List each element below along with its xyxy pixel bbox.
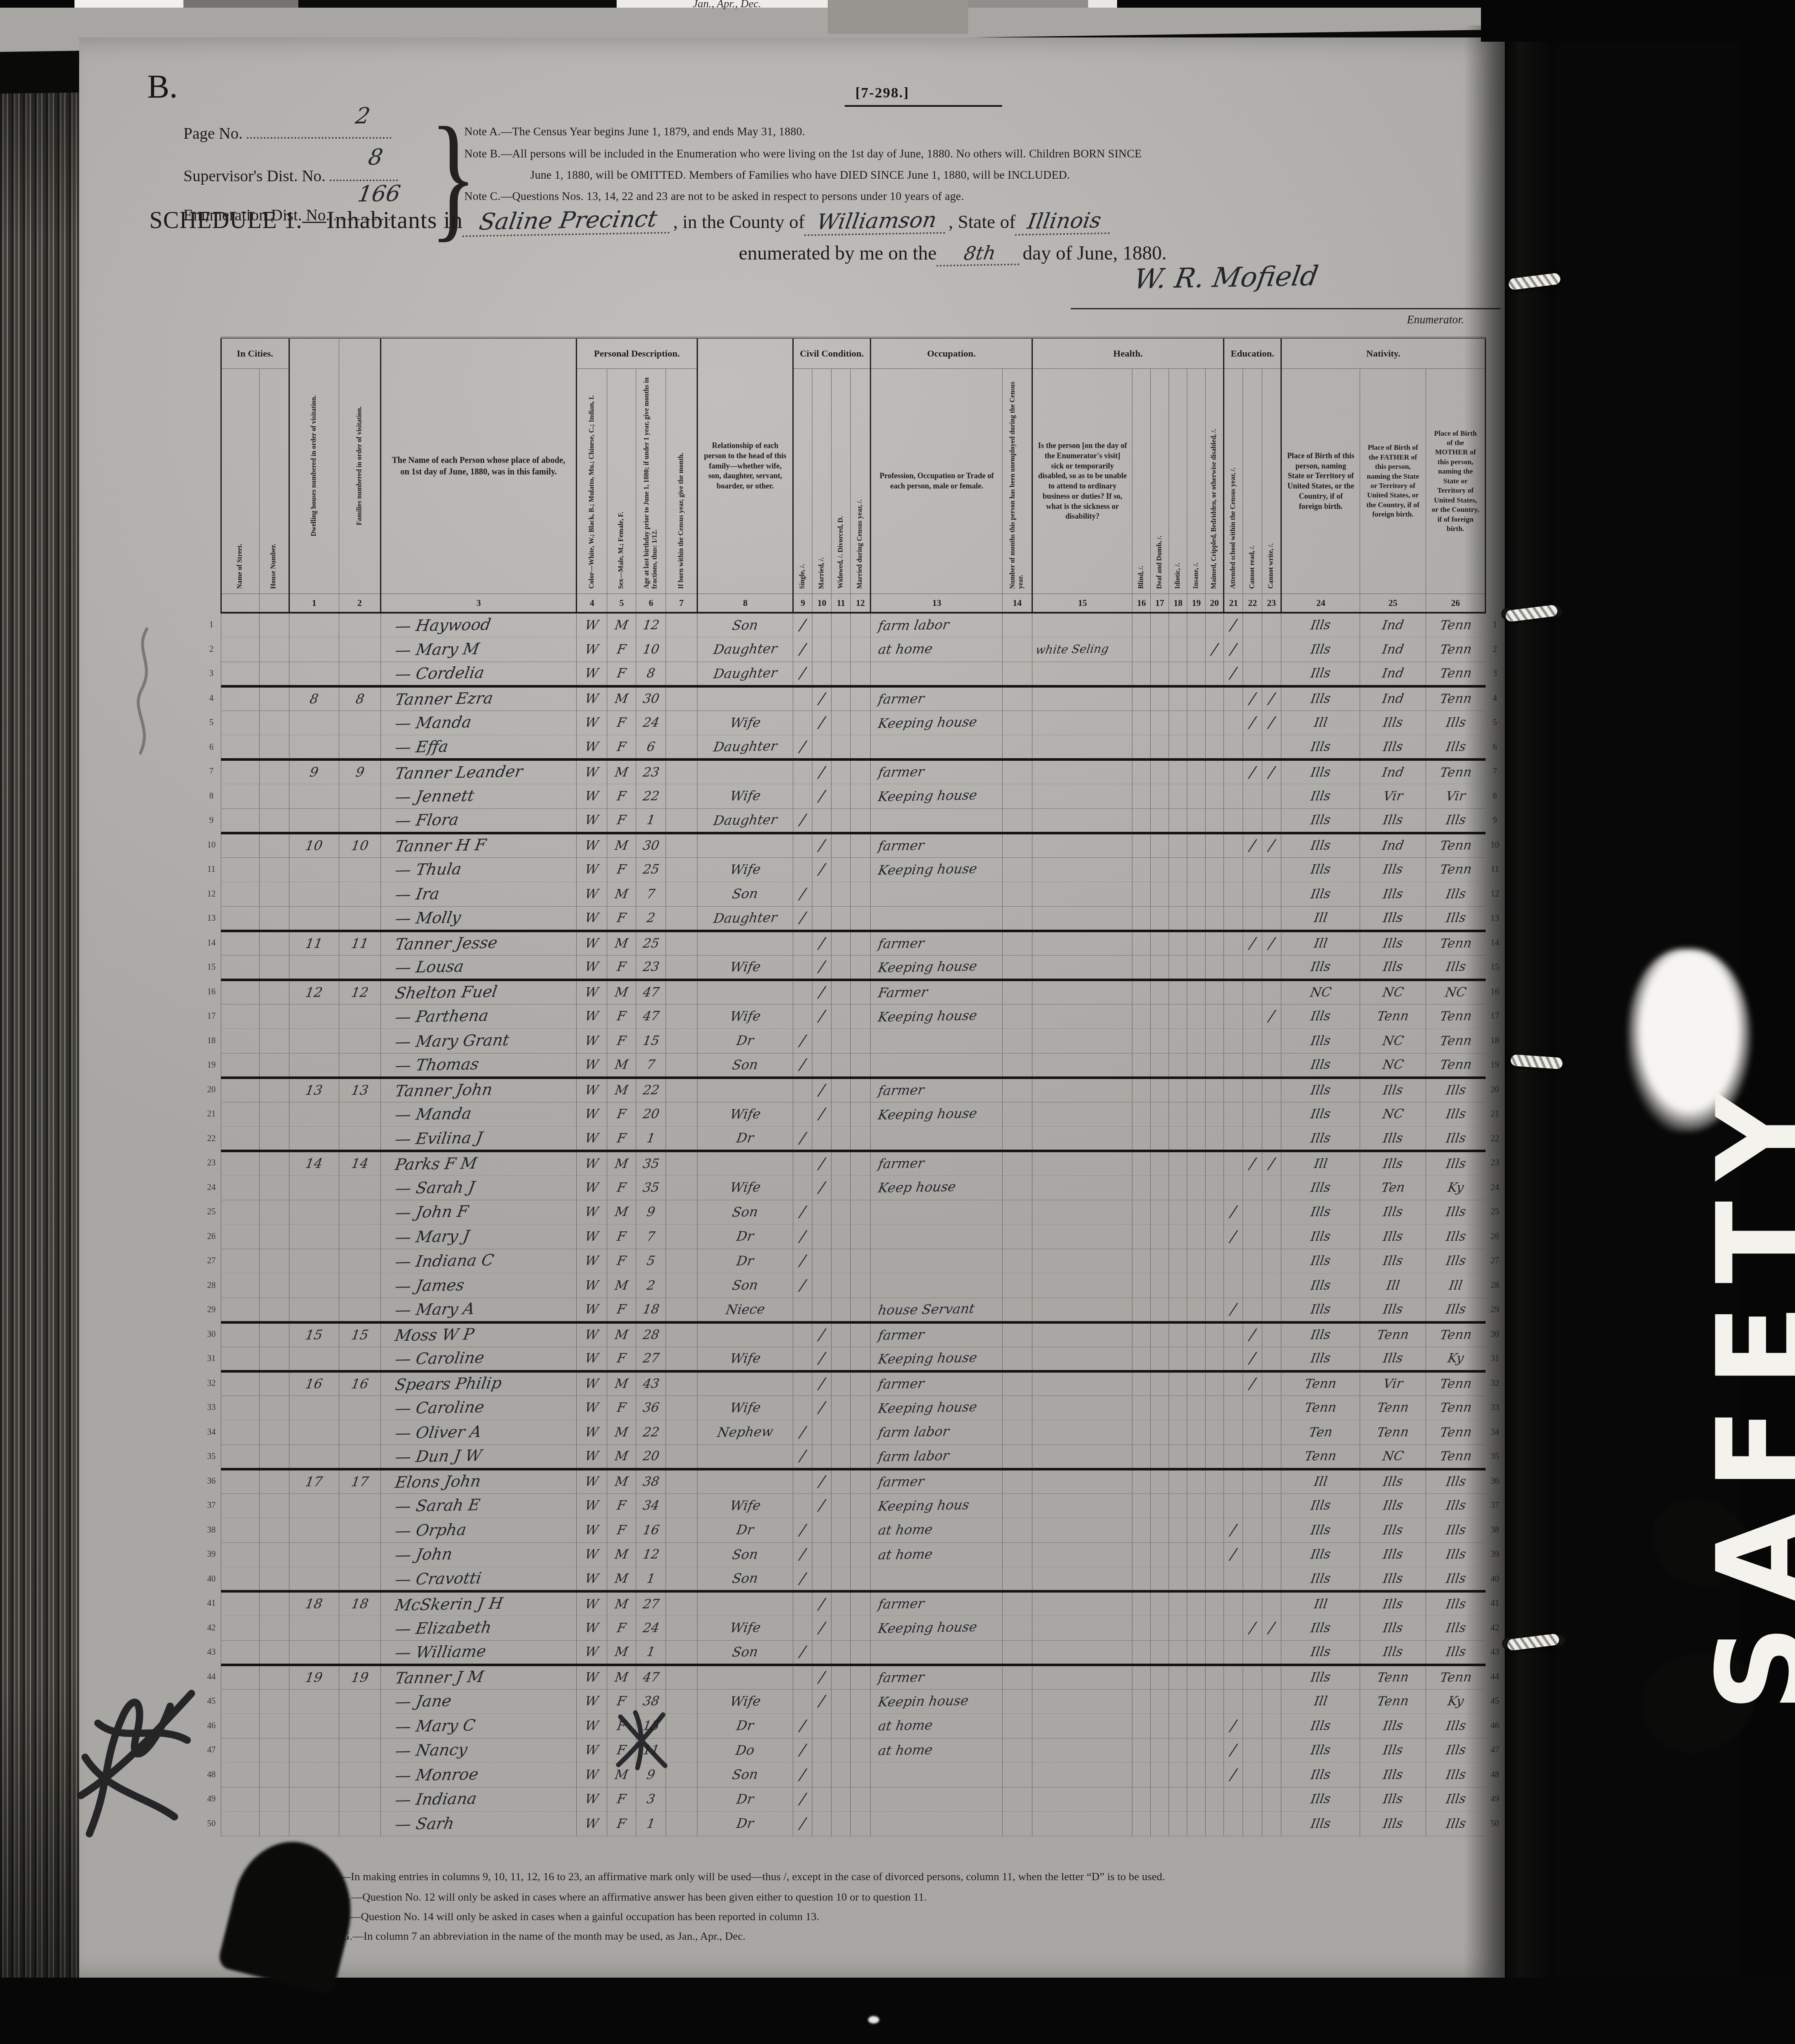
row-number-text: 11 [207,865,215,874]
cell [339,1127,380,1151]
cell [851,833,871,858]
note-b1: Note B.—All persons will be included in … [464,147,1503,160]
cell: Ills [1281,784,1360,809]
cell-sickness [1032,1763,1132,1787]
cell [1262,1200,1281,1225]
handwritten-entry: Ind [1381,691,1405,707]
cell [1262,955,1281,980]
row-number: 45 [202,1689,221,1714]
row-number-text: 38 [207,1525,216,1535]
handwritten-entry: 7 [646,1057,656,1072]
cell [259,833,289,858]
handwritten-entry: W [584,813,599,828]
cell: Son [697,1763,793,1787]
handwritten-entry: Tenn [1303,1376,1338,1391]
person-row: 201313Tanner JohnWM22/farmerIllsIllsIlls… [202,1078,1504,1102]
col-single: Single, /. [793,369,812,594]
person-row: 9— FloraWF1Daughter/IllsIllsIlls9 [202,808,1504,833]
cell: 27 [636,1591,666,1616]
cell [1187,1053,1206,1078]
cell [1003,1176,1032,1200]
cell-occupation: farmer [871,833,1003,858]
cell [666,882,697,907]
handwritten-entry: Dr [735,1229,755,1245]
cell [1262,1053,1281,1078]
person-row: 25— John FWM9Son//IllsIllsIlls25 [202,1200,1504,1225]
cell [1169,1689,1187,1714]
cell [851,808,871,833]
cell [1003,613,1032,637]
cell: Son [697,1640,793,1665]
row-number-text: 32 [207,1379,216,1388]
handwritten-entry: Tenn [1303,1448,1338,1464]
handwritten-entry: M [614,765,629,780]
handwritten-entry: — Jennett [394,786,475,806]
cell: / [1224,1763,1243,1787]
handwritten-entry: 9 [354,765,366,780]
handwritten-entry: / [1229,617,1238,634]
cell [832,955,851,980]
handwritten-entry: farmer [877,1376,925,1392]
cell [1003,1029,1032,1053]
cell: Wife [697,1616,793,1641]
cell: 12 [289,980,339,1005]
row-number: 34 [202,1420,221,1445]
cell-name: — Thula [381,857,577,882]
person-row: 15— LousaWF23Wife/Keeping houseIllsIllsI… [202,955,1504,980]
cell: / [1224,1542,1243,1567]
row-number-text: 27 [207,1256,216,1265]
cell [1206,833,1224,858]
cell: 30 [636,833,666,858]
cell [1003,1542,1032,1567]
handwritten-entry: — Nancy [394,1741,469,1760]
col-insane: Insane, /. [1187,369,1206,594]
cell: NC [1281,980,1360,1005]
cell: Ills [1281,833,1360,858]
footer-note-e: Note E.—Question No. 12 will only be ask… [317,1891,1509,1904]
cell [259,1738,289,1763]
handwritten-entry: Ills [1309,788,1332,804]
cell: / [812,1176,832,1200]
row-number: 47 [202,1738,221,1763]
cell: Ills [1360,931,1426,956]
cell: / [812,1078,832,1102]
person-row: 19— ThomasWM7Son/IllsNCTenn19 [202,1053,1504,1078]
cell [1187,1714,1206,1739]
cell: F [607,955,636,980]
cell [1132,686,1151,711]
cell [1224,1616,1243,1641]
cell [1206,808,1224,833]
cell [221,1812,259,1836]
cell [812,1273,832,1298]
cell-sickness [1032,1249,1132,1273]
cell [1132,1567,1151,1592]
cell: Daughter [697,906,793,931]
cell [1003,1225,1032,1249]
cell [1187,1787,1206,1812]
cell [221,1518,259,1543]
cell-name: — Manda [381,711,577,735]
handwritten-entry: — Dun J W [394,1446,483,1466]
cell [289,1029,339,1053]
cell: Ills [1360,711,1426,735]
handwritten-entry: / [818,958,826,976]
handwritten-entry: 12 [304,985,323,1000]
cell [1206,1738,1224,1763]
cell [1224,1493,1243,1518]
handwritten-entry: — Parthena [394,1006,490,1026]
cell [1224,1102,1243,1127]
handwritten-entry: 2 [646,1278,656,1293]
handwritten-entry: Ill [1313,1156,1329,1171]
cell: Son [697,1542,793,1567]
handwritten-entry: farmer [877,1156,925,1172]
row-number: 7 [202,759,221,784]
cell: W [577,1738,607,1763]
handwritten-entry: W [584,1083,599,1098]
cell-name: Tanner Jesse [381,931,577,956]
row-number-text: 35 [207,1452,216,1461]
handwritten-entry: Ills [1382,1718,1404,1733]
row-number-text: 48 [207,1770,216,1779]
cell [1169,833,1187,858]
cell [1169,1591,1187,1616]
cell [1243,662,1262,686]
cell: / [812,833,832,858]
handwritten-entry: Son [731,1570,759,1586]
row-number: 29 [202,1298,221,1322]
handwritten-entry: / [1268,763,1276,781]
handwritten-entry: Keeping house [877,861,978,878]
cell [1003,1469,1032,1494]
cell [259,1567,289,1592]
cell [1187,1151,1206,1176]
cell [666,1371,697,1396]
cell [1151,1665,1169,1690]
cell [1206,955,1224,980]
cell: W [577,808,607,833]
cell: Ills [1281,1102,1360,1127]
cell [1206,1591,1224,1616]
cell [259,1249,289,1273]
cell [832,1322,851,1347]
cell [1206,686,1224,711]
handwritten-entry: Ind [1381,838,1405,854]
cell [812,1714,832,1739]
cell: Ills [1281,1273,1360,1298]
cell [339,1763,380,1787]
handwritten-entry: M [614,1156,629,1171]
handwritten-entry: Ills [1382,1644,1404,1660]
cell [1224,808,1243,833]
cell [1206,1493,1224,1518]
cell-name: — John [381,1542,577,1567]
cell [1169,1249,1187,1273]
handwritten-entry: — Manda [394,713,473,733]
handwritten-entry: / [1249,690,1257,708]
cell [1206,1004,1224,1029]
cell: Ills [1281,1763,1360,1787]
cell [812,735,832,760]
cell: Ills [1281,1738,1360,1763]
cell: / [1262,931,1281,956]
cell [1224,1787,1243,1812]
corner-mark: B. [147,67,178,106]
cell [1262,1469,1281,1494]
handwritten-entry: NC [1381,985,1405,1000]
schedule-line: SCHEDULE 1.—Inhabitants in Saline Precin… [149,207,1112,235]
cell-occupation [871,1273,1003,1298]
cell: F [607,1127,636,1151]
handwritten-entry: F [616,862,627,877]
book-page-stack-edge [0,0,79,2044]
cell: Dr [697,1812,793,1836]
cell [1132,906,1151,931]
enumerated-prefix: enumerated by me on the [739,242,937,264]
row-number-text: 37 [207,1501,216,1510]
handwritten-entry: W [584,1130,599,1146]
handwritten-entry: 11 [304,936,323,951]
cell-occupation [871,1812,1003,1836]
cell: Ills [1360,857,1426,882]
previous-page-text-fragment: Jan., Apr., Dec. [693,0,761,10]
handwritten-entry: / [1229,665,1238,682]
handwritten-entry: W [584,1302,599,1317]
cell [1206,1445,1224,1469]
cell [1169,1225,1187,1249]
cell [1262,980,1281,1005]
cell: Daughter [697,637,793,662]
state-value: Illinois [1015,208,1114,236]
cell: Ills [1281,857,1360,882]
cell [1151,1322,1169,1347]
cell [1151,686,1169,711]
handwritten-entry: W [584,1498,599,1513]
cell [1003,1787,1032,1812]
microfilm-frame: Jan., Apr., Dec. [7-298.] B. Page No. 2 … [0,0,1795,2044]
cell [259,1176,289,1200]
cell [339,1518,380,1543]
cell: Ills [1360,1347,1426,1371]
cell [1262,906,1281,931]
handwritten-entry: Ills [1309,1057,1332,1073]
person-row: 2— Mary MWF10Daughter/at homewhite Selin… [202,637,1504,662]
handwritten-entry: Ills [1309,642,1332,657]
cell-occupation: Keeping house [871,1396,1003,1420]
row-number-text: 6 [209,742,214,752]
cell [1003,1812,1032,1836]
cell [1224,1322,1243,1347]
cell [1151,1273,1169,1298]
cell-sickness [1032,1151,1132,1176]
handwritten-entry: / [1229,641,1238,658]
cell-name: McSkerin J H [381,1591,577,1616]
handwritten-entry: M [614,1571,629,1586]
cell: 20 [636,1102,666,1127]
cell [1224,686,1243,711]
cell: Ills [1360,882,1426,907]
person-row: 301515Moss W PWM28/farmer/IllsTennTenn30 [202,1322,1504,1347]
handwritten-entry: Ills [1309,1205,1332,1220]
handwritten-entry: F [616,813,627,828]
handwritten-entry: farmer [877,936,925,952]
cell-name: — Molly [381,906,577,931]
cell [1187,1493,1206,1518]
cell: / [1206,637,1224,662]
handwritten-entry: W [584,1327,599,1343]
row-number-text: 40 [207,1574,216,1584]
cell [1151,1567,1169,1592]
cell: / [1243,1151,1262,1176]
census-page: B. Page No. 2 Supervisor's Dist. No. 8 E… [79,37,1505,1978]
cell [1132,1396,1151,1420]
handwritten-entry: Wife [729,1350,762,1366]
cell: / [1262,759,1281,784]
handwritten-entry: Ills [1382,1302,1404,1317]
row-number: 36 [202,1469,221,1494]
cell-sickness [1032,759,1132,784]
cell-occupation: Keeping house [871,857,1003,882]
row-number: 40 [202,1567,221,1592]
cell [1187,1812,1206,1836]
cell: Ills [1281,686,1360,711]
cell: 7 [636,882,666,907]
cell [666,1298,697,1322]
cell: / [1243,931,1262,956]
cell [289,1225,339,1249]
handwritten-entry: Ills [1382,959,1404,975]
cell [851,857,871,882]
cell-name: — Ira [381,882,577,907]
cell: 11 [289,931,339,956]
cell [1132,1225,1151,1249]
cell: 38 [636,1689,666,1714]
cell [1262,882,1281,907]
cell [832,1225,851,1249]
cell [259,1787,289,1812]
cell: Tenn [1360,1004,1426,1029]
handwritten-entry: Wife [729,1106,762,1122]
cell: Tenn [1360,1322,1426,1347]
handwritten-entry: 20 [642,1107,660,1122]
cell: Ills [1281,1200,1360,1225]
row-number-text: 13 [207,914,216,923]
handwritten-entry: F [616,1180,627,1195]
handwritten-entry: 24 [642,1620,660,1636]
handwritten-entry: Ind [1381,642,1405,657]
cell [1243,1176,1262,1200]
handwritten-entry: / [799,1815,807,1833]
cell [1169,1029,1187,1053]
cell: M [607,1542,636,1567]
cell [1151,955,1169,980]
person-row: 141111Tanner JesseWM25/farmer//IllIllsTe… [202,931,1504,956]
handwritten-entry: — Mary A [394,1299,476,1319]
person-row: 1— HaywoodWM12Son/farm labor/IllsIndTenn… [202,613,1504,637]
handwritten-entry: Ills [1309,1816,1332,1831]
cell: Wife [697,857,793,882]
cell [1262,1347,1281,1371]
cell: 23 [636,955,666,980]
cell-occupation [871,1567,1003,1592]
cell [832,1420,851,1445]
cell [793,1469,812,1494]
handwritten-entry: W [584,1449,599,1464]
handwritten-entry: / [799,885,807,903]
cell [1243,735,1262,760]
cell [1187,1518,1206,1543]
handwritten-entry: Ills [1309,1792,1332,1807]
col-families: Families numbered in order of visitation… [339,338,380,594]
handwritten-entry: 12 [350,985,369,1000]
cell [1132,1200,1151,1225]
cell [289,1714,339,1739]
cell [851,1053,871,1078]
row-number: 3 [202,662,221,686]
cell [221,1567,259,1592]
cell [221,1616,259,1641]
row-number: 13 [202,906,221,931]
cell [666,1640,697,1665]
cell-sickness [1032,784,1132,809]
handwritten-entry: F [616,1351,627,1366]
cell [1169,784,1187,809]
cell: W [577,759,607,784]
cell [1151,1518,1169,1543]
cell-name: — Effa [381,735,577,760]
cell [221,1542,259,1567]
cell [259,955,289,980]
cell [1132,955,1151,980]
handwritten-entry: — Mary J [394,1227,471,1246]
cell [221,1396,259,1420]
group-occupation: Occupation. [871,338,1032,369]
cell [793,1151,812,1176]
cell: / [793,882,812,907]
cell: / [793,1420,812,1445]
cell [1187,931,1206,956]
cell: W [577,1298,607,1322]
handwritten-entry: W [584,1351,599,1366]
handwritten-entry: Ills [1382,1571,1404,1586]
cell: Ills [1281,1493,1360,1518]
handwritten-entry: W [584,1400,599,1416]
handwritten-entry: Ills [1382,1620,1404,1636]
cell [221,759,259,784]
cell-sickness [1032,1591,1132,1616]
cell [1132,759,1151,784]
cell: / [1243,1371,1262,1396]
cell [221,637,259,662]
row-number: 20 [202,1078,221,1102]
cell: M [607,1591,636,1616]
handwritten-entry: / [818,1497,826,1514]
cell: 17 [339,1469,380,1494]
handwritten-entry: Ind [1381,765,1405,780]
cell [851,759,871,784]
cell-occupation: Keepin house [871,1689,1003,1714]
cell [1224,1078,1243,1102]
cell-occupation: Keeping house [871,1004,1003,1029]
cell [1187,1763,1206,1787]
cell [1132,1714,1151,1739]
row-number-text: 4 [209,694,214,703]
person-row: 49— IndianaWF3Dr/IllsIllsIlls49 [202,1787,1504,1812]
handwritten-entry: farmer [877,1670,925,1686]
handwritten-entry: W [584,1057,599,1073]
